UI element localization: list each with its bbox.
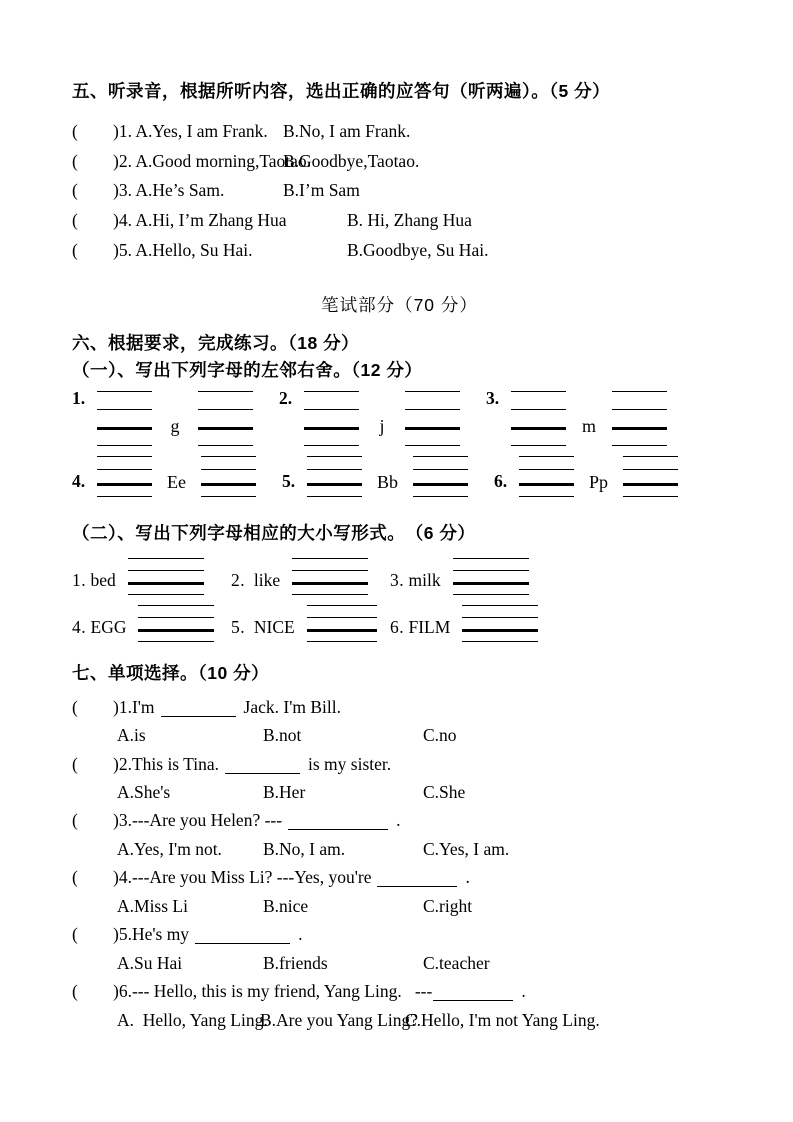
writing-grid xyxy=(97,456,152,500)
given-letter: Ee xyxy=(167,472,186,500)
mc-question-3: ( )3.---Are you Helen? --- . xyxy=(72,807,741,835)
writing-grid xyxy=(405,391,460,447)
mc-options-6: A. Hello, Yang Ling. B.Are you Yang Ling… xyxy=(72,1006,741,1034)
mc-options-3: A.Yes, I'm not. B.No, I am. C.Yes, I am. xyxy=(72,835,741,863)
item-number: 3. xyxy=(390,570,404,590)
option-b: B.Goodbye,Taotao. xyxy=(283,151,419,172)
mc-options-1: A.is B.not C.no xyxy=(72,721,741,749)
writing-grid xyxy=(307,456,362,500)
given-word: bed xyxy=(91,570,116,590)
section5-heading: 五、听录音，根据所听内容，选出正确的应答句（听两遍）。（5 分） xyxy=(72,79,741,103)
letter-neighbor-item-4: 4. Ee xyxy=(72,456,256,500)
mc-question-6: ( )6.--- Hello, this is my friend, Yang … xyxy=(72,977,741,1005)
writing-grid xyxy=(612,391,667,447)
option-c: C.Yes, I am. xyxy=(423,839,741,860)
letter-neighbor-item-5: 5. Bb xyxy=(282,456,468,500)
given-word: like xyxy=(250,570,281,590)
letter-neighbor-row-1: 1. g 2. j 3. m xyxy=(72,391,741,447)
question-stem-end: . xyxy=(465,867,469,888)
option-a: )3. A.He’s Sam. xyxy=(113,180,283,201)
answer-paren: ( xyxy=(72,121,113,142)
writing-grid xyxy=(201,456,256,500)
section6-part2-heading: （二）、写出下列字母相应的大小写形式。 （6 分） xyxy=(72,521,741,545)
multiple-choice-block: ( )1.I'm Jack. I'm Bill. A.is B.not C.no… xyxy=(72,693,741,1034)
writing-grid xyxy=(462,605,538,645)
given-word: NICE xyxy=(250,617,295,637)
listening-item-3: ( )3. A.He’s Sam. B.I’m Sam xyxy=(72,176,741,206)
letter-neighbor-item-6: 6. Pp xyxy=(494,456,678,500)
answer-paren: ( xyxy=(72,151,113,172)
option-a: )5. A.Hello, Su Hai. xyxy=(113,240,347,261)
item-label: 2. like xyxy=(231,570,280,596)
answer-blank xyxy=(377,868,457,887)
option-a: )4. A.Hi, I’m Zhang Hua xyxy=(113,210,347,231)
option-c: C.right xyxy=(423,896,741,917)
item-number: 3. xyxy=(486,388,506,447)
case-item-4: 4. EGG xyxy=(72,605,218,645)
case-item-5: 5. NICE xyxy=(231,605,377,645)
option-b: B.Are you Yang Ling? xyxy=(260,1010,405,1031)
writing-grid xyxy=(304,391,359,447)
item-label: 5. NICE xyxy=(231,617,295,645)
case-item-3: 3. milk xyxy=(390,558,529,596)
writing-grid xyxy=(413,456,468,500)
answer-blank xyxy=(195,925,290,944)
option-a: A.Yes, I'm not. xyxy=(117,839,263,860)
answer-blank xyxy=(288,811,388,830)
listening-item-5: ( )5. A.Hello, Su Hai. B.Goodbye, Su Hai… xyxy=(72,235,741,265)
item-number: 1. xyxy=(72,388,92,447)
letter-neighbor-item-3: 3. m xyxy=(486,391,667,447)
case-writing-row-1: 1. bed 2. like 3. milk xyxy=(72,558,741,596)
answer-blank xyxy=(161,698,236,717)
option-c: C.She xyxy=(423,782,741,803)
question-stem: )4.---Are you Miss Li? ---Yes, you're xyxy=(113,867,371,888)
option-a: A. Hello, Yang Ling. xyxy=(117,1010,260,1031)
option-b: B.nice xyxy=(263,896,423,917)
option-a: A.is xyxy=(117,725,263,746)
option-b: B.No, I am Frank. xyxy=(283,121,410,142)
question-stem-end: Jack. I'm Bill. xyxy=(244,697,341,718)
option-c: C.no xyxy=(423,725,741,746)
listening-item-1: ( )1. A.Yes, I am Frank. B.No, I am Fran… xyxy=(72,117,741,147)
item-label: 3. milk xyxy=(390,570,441,596)
item-label: 1. bed xyxy=(72,570,116,596)
option-b: B.No, I am. xyxy=(263,839,423,860)
mc-question-2: ( )2.This is Tina. is my sister. xyxy=(72,750,741,778)
writing-grid xyxy=(623,456,678,500)
case-item-6: 6. FILM xyxy=(390,605,538,645)
mc-options-2: A.She's B.Her C.She xyxy=(72,778,741,806)
answer-blank xyxy=(433,982,513,1001)
item-number: 1. xyxy=(72,570,86,590)
answer-paren: ( xyxy=(72,924,113,945)
option-b: B.I’m Sam xyxy=(283,180,360,201)
question-stem-end: . xyxy=(298,924,302,945)
given-letter: j xyxy=(374,416,390,447)
question-stem-end: . xyxy=(396,810,400,831)
listening-item-2: ( )2. A.Good morning,Taotao. B.Goodbye,T… xyxy=(72,147,741,177)
writing-grid xyxy=(292,558,368,596)
case-item-2: 2. like xyxy=(231,558,377,596)
item-number: 6. xyxy=(390,617,404,637)
answer-blank xyxy=(225,755,300,774)
answer-paren: ( xyxy=(72,754,113,775)
listening-item-4: ( )4. A.Hi, I’m Zhang Hua B. Hi, Zhang H… xyxy=(72,206,741,236)
writing-grid xyxy=(511,391,566,447)
option-b: B.Her xyxy=(263,782,423,803)
writing-grid xyxy=(138,605,214,645)
item-number: 6. xyxy=(494,471,514,500)
mc-options-4: A.Miss Li B.nice C.right xyxy=(72,892,741,920)
question-stem-end: is my sister. xyxy=(308,754,391,775)
letter-neighbor-item-1: 1. g xyxy=(72,391,253,447)
answer-paren: ( xyxy=(72,810,113,831)
item-number: 4. xyxy=(72,617,86,637)
given-word: milk xyxy=(409,570,441,590)
item-label: 4. EGG xyxy=(72,617,126,645)
answer-paren: ( xyxy=(72,867,113,888)
option-b: B.not xyxy=(263,725,423,746)
question-stem: )6.--- Hello, this is my friend, Yang Li… xyxy=(113,981,432,1002)
mc-options-5: A.Su Hai B.friends C.teacher xyxy=(72,949,741,977)
option-a: A.Miss Li xyxy=(117,896,263,917)
given-letter: Bb xyxy=(377,472,398,500)
answer-paren: ( xyxy=(72,981,113,1002)
question-stem: )5.He's my xyxy=(113,924,189,945)
question-stem: )1.I'm xyxy=(113,697,155,718)
mc-question-5: ( )5.He's my . xyxy=(72,920,741,948)
given-letter: Pp xyxy=(589,472,608,500)
given-word: FILM xyxy=(409,617,451,637)
mc-question-4: ( )4.---Are you Miss Li? ---Yes, you're … xyxy=(72,864,741,892)
writing-grid xyxy=(198,391,253,447)
test-paper-page: 五、听录音，根据所听内容，选出正确的应答句（听两遍）。（5 分） ( )1. A… xyxy=(0,0,793,1034)
given-letter: m xyxy=(581,416,597,447)
written-part-title: 笔试部分（70 分） xyxy=(58,293,741,317)
letter-neighbor-item-2: 2. j xyxy=(279,391,460,447)
option-b: B. Hi, Zhang Hua xyxy=(347,210,472,231)
writing-grid xyxy=(453,558,529,596)
option-b: B.friends xyxy=(263,953,423,974)
item-label: 6. FILM xyxy=(390,617,450,645)
writing-grid xyxy=(519,456,574,500)
answer-paren: ( xyxy=(72,240,113,261)
given-word: EGG xyxy=(91,617,127,637)
answer-paren: ( xyxy=(72,210,113,231)
option-a: A.Su Hai xyxy=(117,953,263,974)
mc-question-1: ( )1.I'm Jack. I'm Bill. xyxy=(72,693,741,721)
writing-grid xyxy=(307,605,377,645)
case-writing-row-2: 4. EGG 5. NICE 6. FILM xyxy=(72,605,741,645)
section6-heading: 六、根据要求，完成练习。（18 分） xyxy=(72,331,741,355)
option-a: )1. A.Yes, I am Frank. xyxy=(113,121,283,142)
writing-grid xyxy=(97,391,152,447)
option-c: C.teacher xyxy=(423,953,741,974)
option-c: C.Hello, I'm not Yang Ling. xyxy=(405,1010,741,1031)
item-number: 5. xyxy=(282,471,302,500)
writing-grid xyxy=(128,558,204,596)
item-number: 4. xyxy=(72,471,92,500)
section7-heading: 七、单项选择。（10 分） xyxy=(72,661,741,685)
option-b: B.Goodbye, Su Hai. xyxy=(347,240,488,261)
question-stem: )3.---Are you Helen? --- xyxy=(113,810,282,831)
question-stem: )2.This is Tina. xyxy=(113,754,219,775)
item-number: 2. xyxy=(279,388,299,447)
item-number: 2. xyxy=(231,570,245,590)
option-a: )2. A.Good morning,Taotao. xyxy=(113,151,283,172)
letter-neighbor-row-2: 4. Ee 5. Bb 6. Pp xyxy=(72,456,741,500)
question-stem-end: . xyxy=(521,981,525,1002)
answer-paren: ( xyxy=(72,697,113,718)
answer-paren: ( xyxy=(72,180,113,201)
section6-part1-heading: （一）、写出下列字母的左邻右舍。（12 分） xyxy=(72,358,741,382)
item-number: 5. xyxy=(231,617,245,637)
case-item-1: 1. bed xyxy=(72,558,218,596)
option-a: A.She's xyxy=(117,782,263,803)
given-letter: g xyxy=(167,416,183,447)
